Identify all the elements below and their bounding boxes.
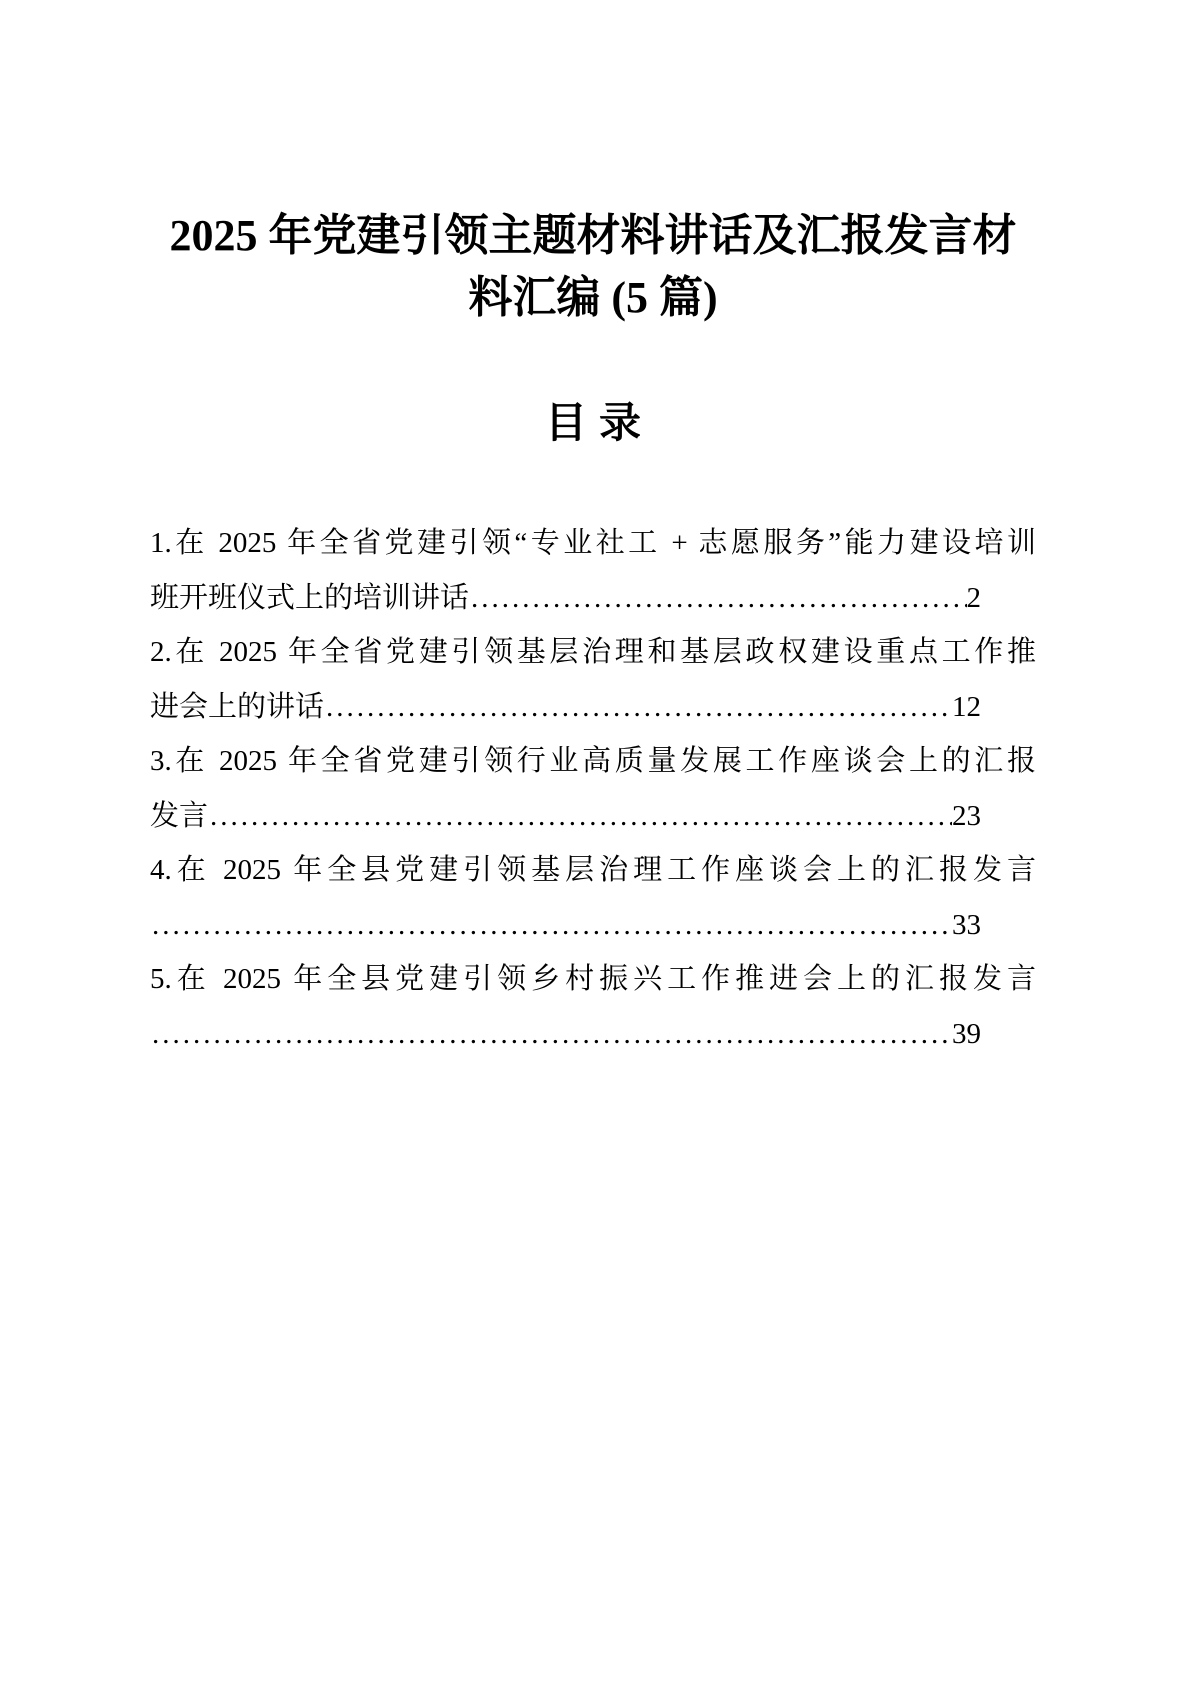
toc-entry-title-line: 2.在 2025 年全省党建引领基层治理和基层政权建设重点工作推 — [150, 625, 1036, 680]
toc-entry-2[interactable]: 2.在 2025 年全省党建引领基层治理和基层政权建设重点工作推 进会上的讲话 … — [150, 625, 1036, 734]
document-title-line-2: 料汇编 (5 篇) — [150, 267, 1036, 329]
toc-heading: 目录 — [150, 396, 1036, 452]
toc-entry-3[interactable]: 3.在 2025 年全省党建引领行业高质量发展工作座谈会上的汇报 发言 ....… — [150, 734, 1036, 843]
document-title: 2025 年党建引领主题材料讲话及汇报发言材 料汇编 (5 篇) — [150, 205, 1036, 329]
page-number: 23 — [952, 789, 981, 844]
dot-leader: ........................................… — [152, 1007, 952, 1062]
document-title-line-1: 2025 年党建引领主题材料讲话及汇报发言材 — [150, 205, 1036, 267]
document-page: 2025 年党建引领主题材料讲话及汇报发言材 料汇编 (5 篇) 目录 1.在 … — [0, 0, 1190, 1683]
toc-entry-5[interactable]: 5.在 2025 年全县党建引领乡村振兴工作推进会上的汇报发言 ........… — [150, 952, 1036, 1061]
toc-entry-continuation-line: ........................................… — [150, 1007, 1036, 1062]
toc-entry-title-line: 4.在 2025 年全县党建引领基层治理工作座谈会上的汇报发言 — [150, 843, 1036, 898]
dot-leader: ........................................… — [152, 898, 952, 953]
dot-leader: ........................................… — [326, 680, 952, 735]
page-number: 2 — [967, 571, 982, 626]
toc-entry-title-line: 1.在 2025 年全省党建引领“专业社工 + 志愿服务”能力建设培训 — [150, 516, 1036, 571]
toc-entry-continuation-line: 班开班仪式上的培训讲话 ............................… — [150, 571, 1036, 626]
toc-entry-text: 发言 — [150, 789, 208, 844]
toc-entry-title-line: 5.在 2025 年全县党建引领乡村振兴工作推进会上的汇报发言 — [150, 952, 1036, 1007]
page-number: 12 — [952, 680, 981, 735]
page-number: 33 — [952, 898, 981, 953]
toc-entry-4[interactable]: 4.在 2025 年全县党建引领基层治理工作座谈会上的汇报发言 ........… — [150, 843, 1036, 952]
dot-leader: ........................................… — [210, 789, 952, 844]
page-number: 39 — [952, 1007, 981, 1062]
toc-entry-1[interactable]: 1.在 2025 年全省党建引领“专业社工 + 志愿服务”能力建设培训 班开班仪… — [150, 516, 1036, 625]
toc-entry-continuation-line: 发言 .....................................… — [150, 789, 1036, 844]
toc-entry-continuation-line: 进会上的讲话 .................................… — [150, 680, 1036, 735]
toc-entry-text: 进会上的讲话 — [150, 680, 324, 735]
toc-entry-title-line: 3.在 2025 年全省党建引领行业高质量发展工作座谈会上的汇报 — [150, 734, 1036, 789]
dot-leader: ........................................… — [471, 571, 966, 626]
table-of-contents: 1.在 2025 年全省党建引领“专业社工 + 志愿服务”能力建设培训 班开班仪… — [150, 516, 1036, 1061]
toc-entry-text: 班开班仪式上的培训讲话 — [150, 571, 469, 626]
toc-entry-continuation-line: ........................................… — [150, 898, 1036, 953]
